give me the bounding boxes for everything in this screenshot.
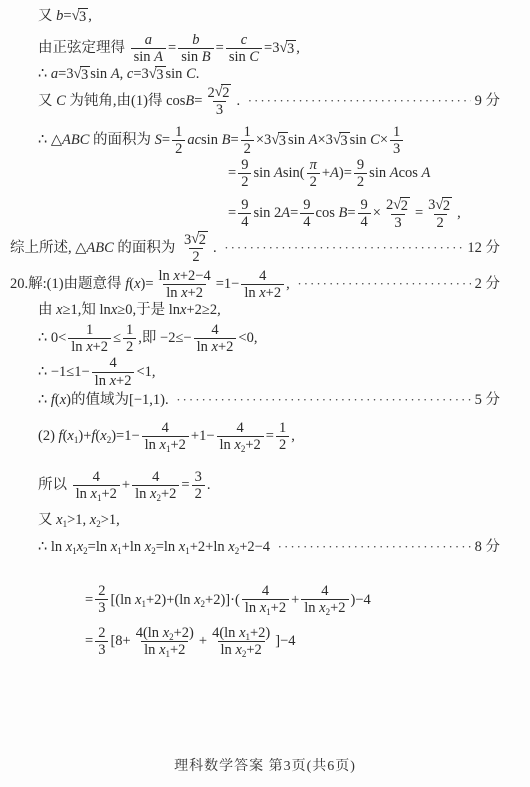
fraction: csin C <box>226 32 262 65</box>
score-label: 2 分 <box>475 275 500 294</box>
sqrt-radical: √3 <box>271 132 288 149</box>
sqrt-radical: √3 <box>74 66 91 83</box>
math-line: 由 x≥1,知 lnx≥0,于是 lnx+2≥2, <box>0 301 530 320</box>
score-label: 5 分 <box>475 391 500 410</box>
math-line: ∴ f(x)的值域为[−1,1). ······················… <box>0 391 530 410</box>
math-line: 由正弦定理得 asin A=bsin B=csin C=3√3, <box>0 32 530 65</box>
fraction: 4(ln x2+2)ln x1+2 <box>133 625 197 658</box>
fraction: 4ln x1+2 <box>73 469 120 502</box>
math-line: ∴ △ABC 的面积为 S=12acsin B=12×3√3sin A×3√3s… <box>0 124 530 157</box>
fraction: 92 <box>238 157 251 190</box>
dot-leader: ········································… <box>176 392 470 409</box>
math-line: =92sin Asin(π2+A)=92sin Acos A <box>0 157 530 190</box>
math-line: ∴ −1≤1−4ln x+2<1, <box>0 355 530 388</box>
fraction: 4ln x2+2 <box>132 469 179 502</box>
fraction: 12 <box>241 124 254 157</box>
fraction: 23 <box>95 625 108 658</box>
sqrt-radical: √3 <box>333 132 350 149</box>
fraction: 13 <box>390 124 403 157</box>
fraction: 3√22 <box>181 231 211 265</box>
fraction: 2√23 <box>383 197 413 231</box>
fraction: 1ln x+2 <box>68 322 111 355</box>
fraction: 3√22 <box>425 197 455 231</box>
math-line: 20.解:(1)由题意得 f(x)=ln x+2−4ln x+2=1−4ln x… <box>0 268 530 301</box>
dot-leader: ········································… <box>248 93 471 110</box>
fraction: 2√23 <box>204 84 234 118</box>
math-line: 又 x1>1, x2>1, <box>0 511 530 530</box>
sqrt-radical: √3 <box>279 40 296 57</box>
fraction: 4ln x+2 <box>194 322 237 355</box>
sqrt-radical: √2 <box>191 231 208 248</box>
dot-leader: ········································… <box>224 240 463 257</box>
score-label: 8 分 <box>475 538 500 557</box>
sqrt-radical: √2 <box>215 84 232 101</box>
answer-sheet-page: 又 b=√3,由正弦定理得 asin A=bsin B=csin C=3√3,∴… <box>0 0 530 787</box>
math-line: =94sin 2A=94cos B=94×2√23=3√22, <box>0 197 530 231</box>
fraction: 4ln x1+2 <box>242 583 289 616</box>
fraction: 12 <box>276 420 289 453</box>
fraction: 92 <box>354 157 367 190</box>
sqrt-radical: √2 <box>393 197 410 214</box>
math-line: ∴ ln x1x2=ln x1+ln x2=ln x1+2+ln x2+2−4 … <box>0 538 530 557</box>
math-line: 所以 4ln x1+2+4ln x2+2=32. <box>0 469 530 502</box>
dot-leader: ········································… <box>278 539 471 556</box>
math-line: ∴ a=3√3sin A, c=3√3sin C. <box>0 65 530 84</box>
math-line: =23[(ln x1+2)+(ln x2+2)]·(4ln x1+2+4ln x… <box>0 583 530 616</box>
fraction: 4ln x2+2 <box>217 420 264 453</box>
fraction: 12 <box>172 124 185 157</box>
fraction: 4ln x1+2 <box>142 420 189 453</box>
score-label: 12 分 <box>467 239 500 258</box>
math-line: 综上所述, △ABC 的面积为 3√22. ··················… <box>0 231 530 265</box>
math-line: 又 b=√3, <box>0 7 530 26</box>
score-label: 9 分 <box>475 92 500 111</box>
math-line: (2) f(x1)+f(x2)=1−4ln x1+2+1−4ln x2+2=12… <box>0 420 530 453</box>
fraction: asin A <box>131 32 166 65</box>
math-line: ∴ 0<1ln x+2≤12,即 −2≤−4ln x+2<0, <box>0 322 530 355</box>
fraction: 94 <box>300 197 313 230</box>
fraction: 4ln x+2 <box>92 355 135 388</box>
fraction: 94 <box>358 197 371 230</box>
fraction: 94 <box>238 197 251 230</box>
math-line: 又 C 为钝角,由(1)得 cosB=2√23. ···············… <box>0 84 530 118</box>
fraction: 4ln x2+2 <box>301 583 348 616</box>
sqrt-radical: √3 <box>72 8 89 25</box>
fraction: 23 <box>95 583 108 616</box>
sqrt-radical: √2 <box>435 197 452 214</box>
fraction: 32 <box>192 469 205 502</box>
page-footer: 理科数学答案 第3页(共6页) <box>0 755 530 775</box>
answer-lines: 又 b=√3,由正弦定理得 asin A=bsin B=csin C=3√3,∴… <box>0 7 530 658</box>
fraction: 12 <box>123 322 136 355</box>
fraction: π2 <box>307 157 320 190</box>
fraction: 4ln x+2 <box>241 268 284 301</box>
sqrt-radical: √3 <box>149 66 166 83</box>
dot-leader: ········································… <box>297 276 470 293</box>
fraction: bsin B <box>178 32 213 65</box>
fraction: ln x+2−4ln x+2 <box>156 268 214 301</box>
fraction: 4(ln x1+2)ln x2+2 <box>209 625 273 658</box>
math-line: =23[8+4(ln x2+2)ln x1+2+4(ln x1+2)ln x2+… <box>0 625 530 658</box>
